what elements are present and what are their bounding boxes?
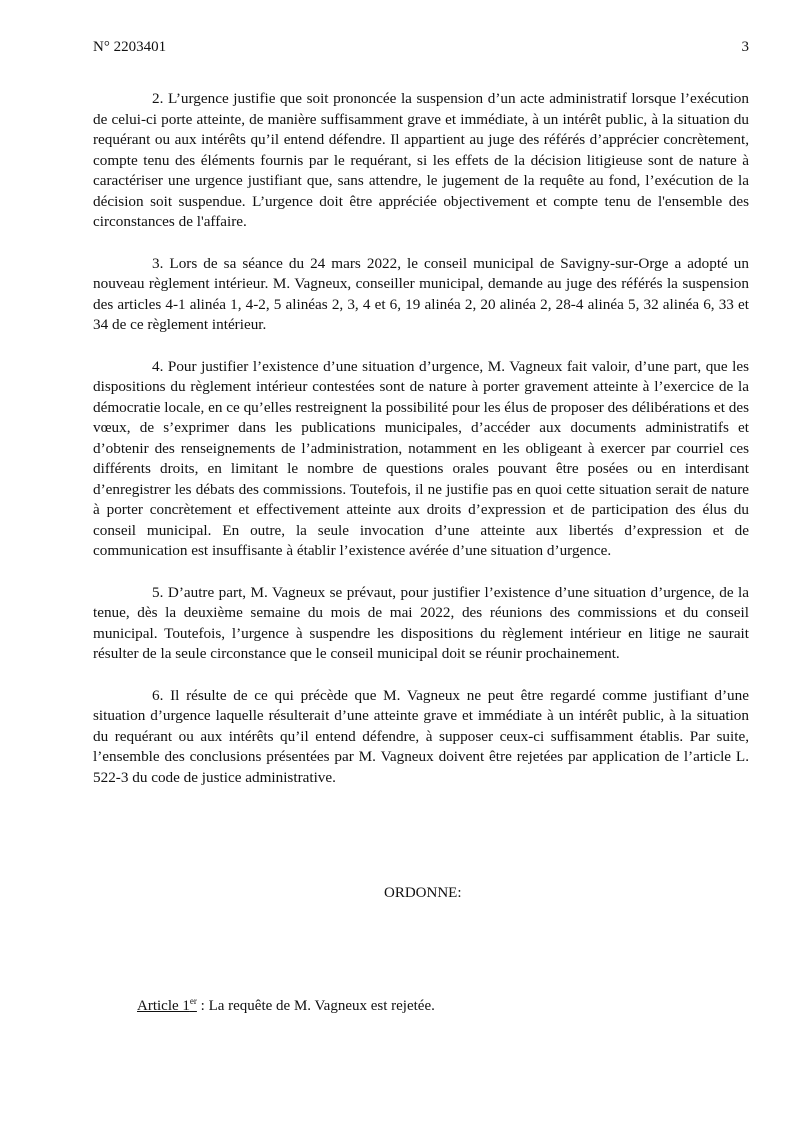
article-1: Article 1er : La requête de M. Vagneux e…: [137, 998, 435, 1015]
paragraph-2: 2. L’urgence justifie que soit prononcée…: [93, 89, 749, 233]
article-1-text: : La requête de M. Vagneux est rejetée.: [197, 998, 435, 1014]
case-number: N° 2203401: [93, 38, 166, 56]
ordonne-heading: ORDONNE:: [384, 885, 462, 902]
page-number: 3: [742, 38, 750, 56]
article-1-superscript: er: [190, 996, 197, 1006]
article-1-label: Article 1er: [137, 998, 197, 1014]
paragraph-6: 6. Il résulte de ce qui précède que M. V…: [93, 686, 749, 789]
body-text: 2. L’urgence justifie que soit prononcée…: [93, 89, 749, 809]
paragraph-3: 3. Lors de sa séance du 24 mars 2022, le…: [93, 254, 749, 336]
paragraph-4: 4. Pour justifier l’existence d’une situ…: [93, 357, 749, 562]
paragraph-5: 5. D’autre part, M. Vagneux se prévaut, …: [93, 583, 749, 665]
article-1-label-text: Article 1: [137, 998, 190, 1014]
document-page: N° 2203401 3 2. L’urgence justifie que s…: [0, 0, 810, 1145]
